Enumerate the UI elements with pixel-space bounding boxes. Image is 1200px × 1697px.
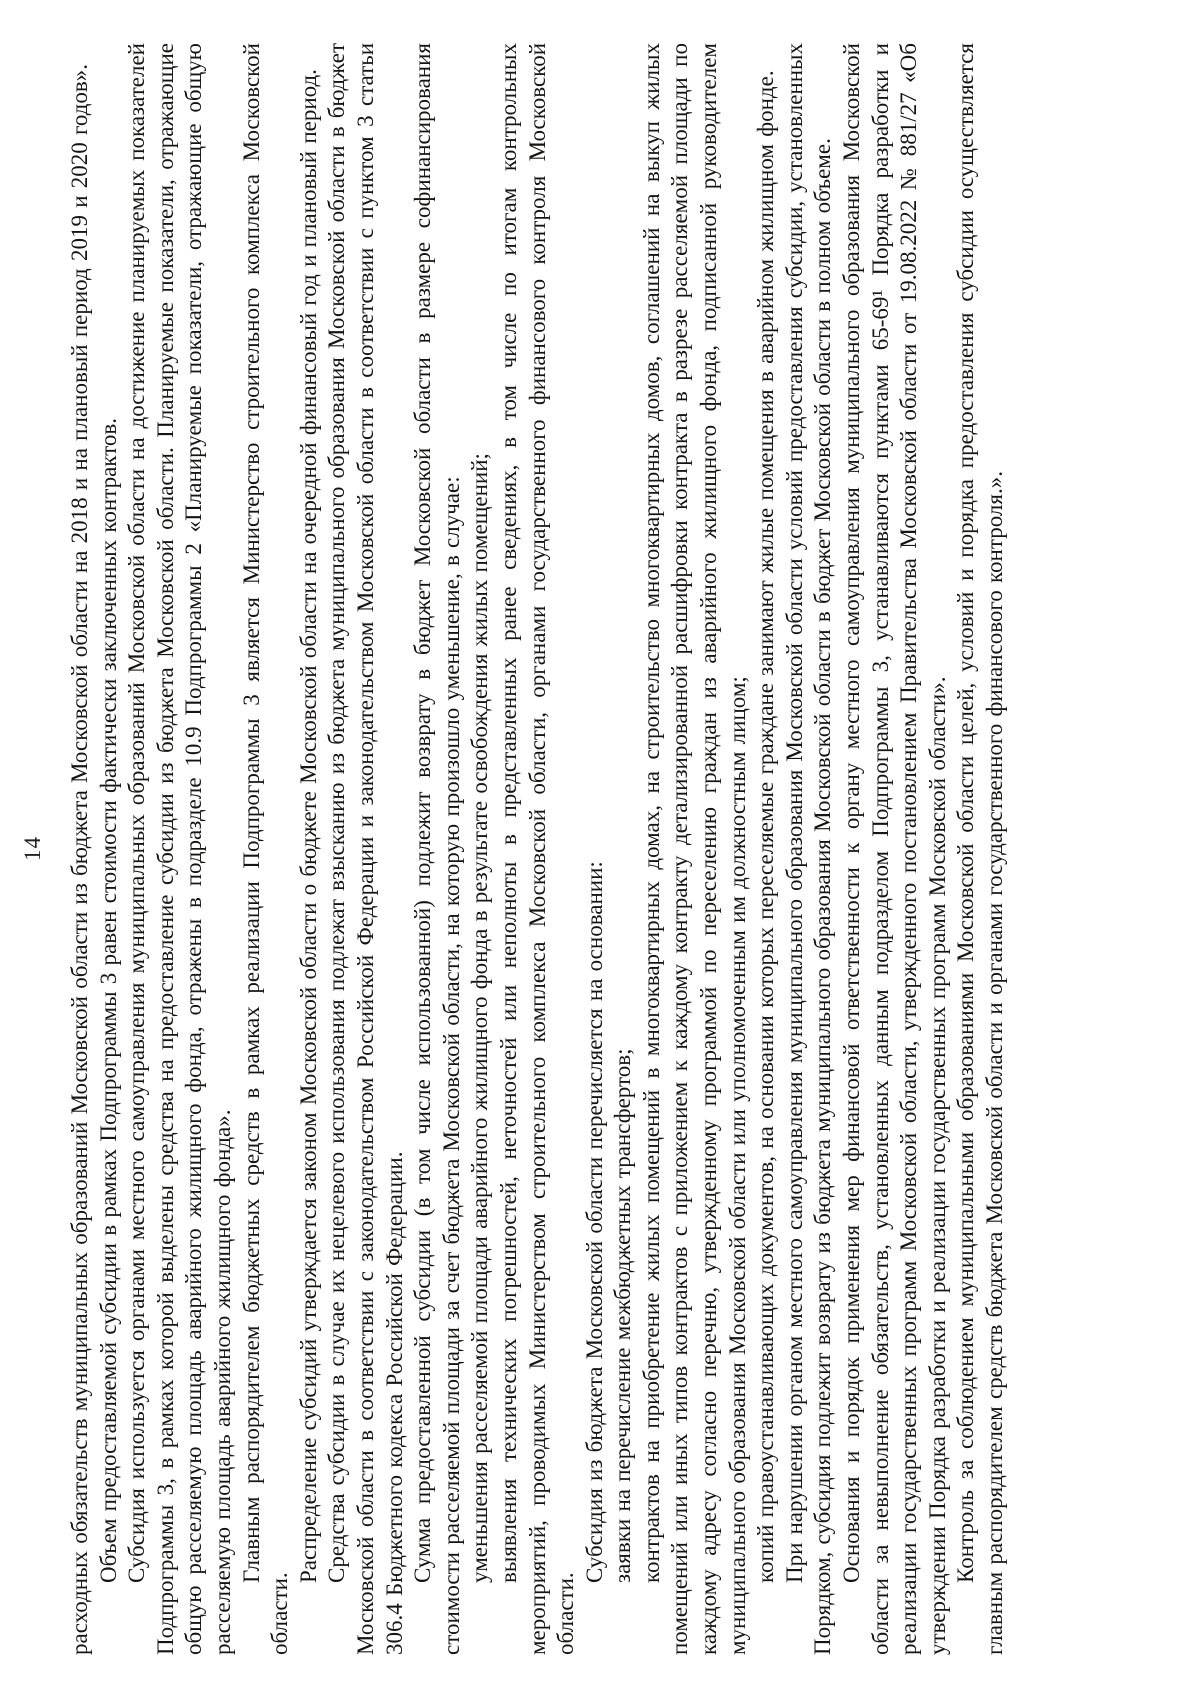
paragraph: выявления технических погрешностей, нето… (495, 43, 581, 1655)
paragraph: При нарушении органом местного самоуправ… (781, 43, 838, 1655)
paragraph: Контроль за соблюдением муниципальными о… (952, 43, 1009, 1655)
paragraph: Распределение субсидий утверждается зако… (295, 43, 324, 1655)
paragraph: Объем предоставляемой субсидии в рамках … (95, 43, 124, 1655)
paragraph: контрактов на приобретение жилых помещен… (638, 43, 752, 1655)
paragraph: Основания и порядок применения мер финан… (838, 43, 952, 1655)
document-body: расходных обязательств муниципальных обр… (66, 43, 1010, 1655)
paragraph: копий правоустанавливающих документов, н… (752, 43, 781, 1655)
paragraph: Средства субсидии в случае их нецелевого… (323, 43, 409, 1655)
paragraph: расходных обязательств муниципальных обр… (66, 43, 95, 1655)
paragraph: Субсидия используется органами местного … (123, 43, 237, 1655)
document-page: 14 расходных обязательств муниципальных … (0, 0, 1200, 1697)
paragraph: Главным распорядителем бюджетных средств… (238, 43, 295, 1655)
scanned-document-viewport: 14 расходных обязательств муниципальных … (0, 0, 1200, 1697)
paragraph: Сумма предоставленной субсидии (в том чи… (409, 43, 466, 1655)
page-number: 14 (20, 0, 46, 1697)
paragraph: уменьшения расселяемой площади аварийног… (466, 43, 495, 1655)
paragraph: Субсидия из бюджета Московской области п… (581, 43, 610, 1655)
paragraph: заявки на перечисление межбюджетных тран… (609, 43, 638, 1655)
